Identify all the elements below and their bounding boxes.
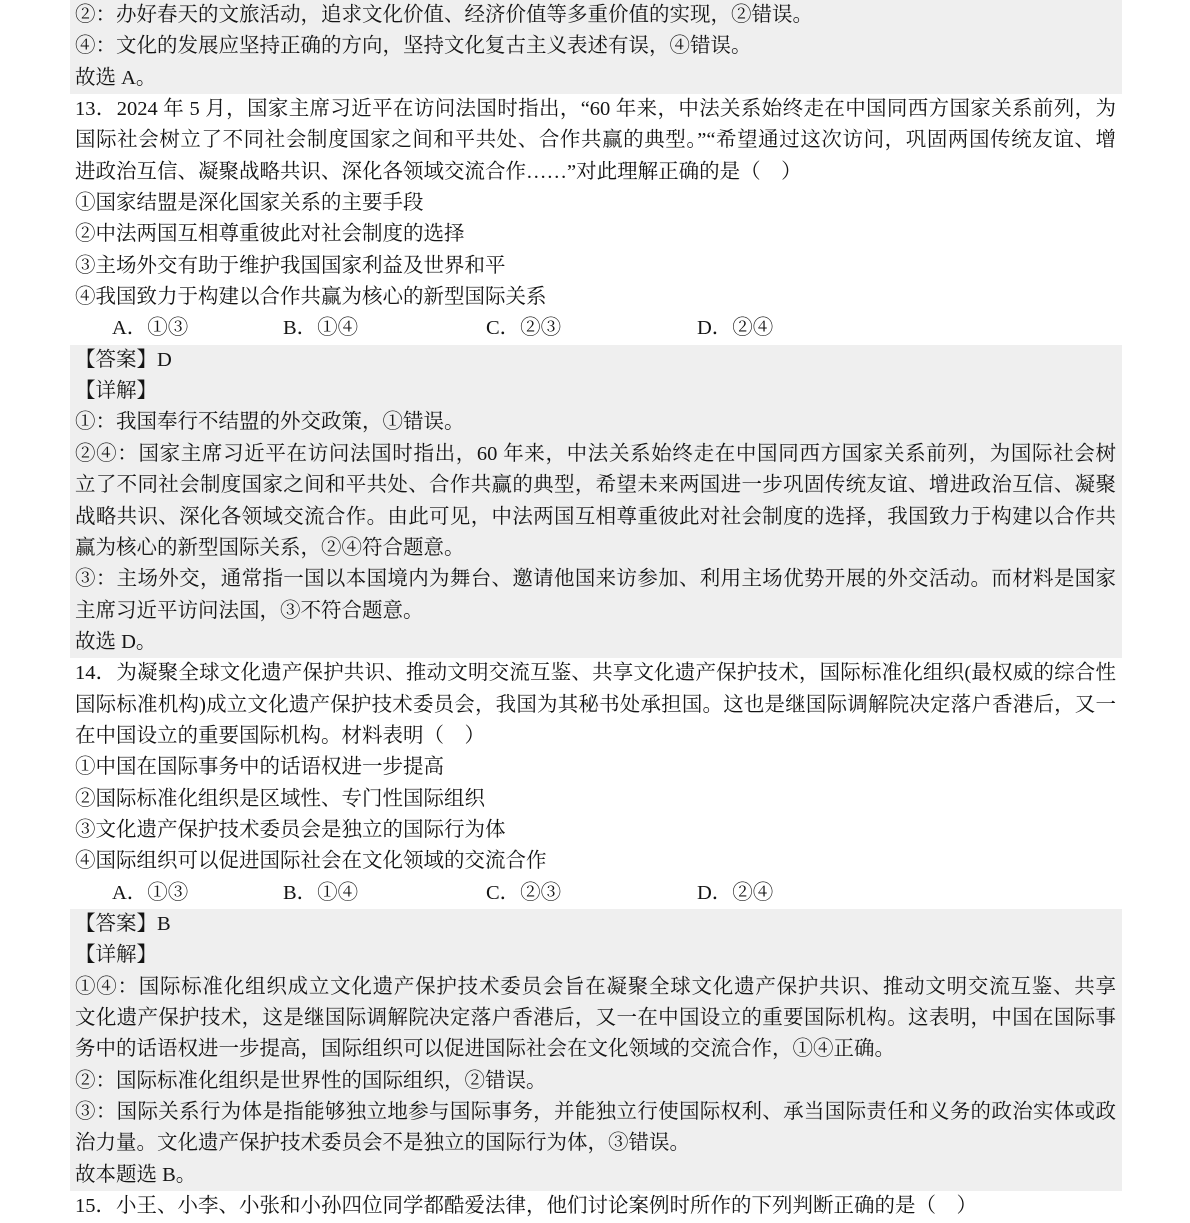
option-d: D．②④ [697, 878, 773, 909]
detail-label: 【详解】 [75, 376, 1116, 407]
statement-item-4: ④国际组织可以促进国际社会在文化领域的交流合作 [75, 846, 1116, 877]
answer-block-q14: 【答案】B 【详解】 ①④：国际标准化组织成立文化遗产保护技术委员会旨在凝聚全球… [70, 909, 1122, 1191]
explanation-line: ②④：国家主席习近平在访问法国时指出，60 年来，中法关系始终走在中国同西方国家… [75, 439, 1116, 470]
option-c: C．②③ [486, 878, 697, 909]
question-15: 15．小王、小李、小张和小孙四位同学都酷爱法律，他们讨论案例时所作的下列判断正确… [70, 1191, 1122, 1222]
option-b: B．①④ [283, 313, 486, 344]
statement-item-2: ②中法两国互相尊重彼此对社会制度的选择 [75, 219, 1116, 250]
explanation-line: ①：我国奉行不结盟的外交政策，①错误。 [75, 407, 1116, 438]
statement-item-2: ②国际标准化组织是区域性、专门性国际组织 [75, 784, 1116, 815]
answer-conclusion: 故本题选 B。 [75, 1160, 1116, 1191]
explanation-line: 战略共识、深化各领域交流合作。由此可见，中法两国互相尊重彼此对社会制度的选择，我… [75, 502, 1116, 533]
statement-item-1: ①中国在国际事务中的话语权进一步提高 [75, 752, 1116, 783]
question-text-line: 15．小王、小李、小张和小孙四位同学都酷爱法律，他们讨论案例时所作的下列判断正确… [75, 1191, 1116, 1222]
question-text-line: 13．2024 年 5 月，国家主席习近平在访问法国时指出，“60 年来，中法关… [75, 94, 1116, 125]
answer-block-q13: 【答案】D 【详解】 ①：我国奉行不结盟的外交政策，①错误。 ②④：国家主席习近… [70, 345, 1122, 658]
options-row-q14: A．①③ B．①④ C．②③ D．②④ [75, 878, 1116, 909]
question-14: 14．为凝聚全球文化遗产保护共识、推动文明交流互鉴、共享文化遗产保护技术，国际标… [70, 658, 1122, 909]
question-text-line: 14．为凝聚全球文化遗产保护共识、推动文明交流互鉴、共享文化遗产保护技术，国际标… [75, 658, 1116, 689]
question-13: 13．2024 年 5 月，国家主席习近平在访问法国时指出，“60 年来，中法关… [70, 94, 1122, 345]
exam-document: ②：办好春天的文旅活动，追求文化价值、经济价值等多重价值的实现，②错误。 ④：文… [0, 0, 1190, 1222]
explanation-line: 主席习近平访问法国，③不符合题意。 [75, 596, 1116, 627]
option-a: A．①③ [112, 878, 283, 909]
explanation-line: ④：文化的发展应坚持正确的方向，坚持文化复古主义表述有误，④错误。 [75, 31, 1116, 62]
answer-label: 【答案】B [75, 909, 1116, 940]
explanation-line: ②：办好春天的文旅活动，追求文化价值、经济价值等多重价值的实现，②错误。 [75, 0, 1116, 31]
option-d: D．②④ [697, 313, 773, 344]
option-a: A．①③ [112, 313, 283, 344]
options-row-q13: A．①③ B．①④ C．②③ D．②④ [75, 313, 1116, 344]
answer-block-q12: ②：办好春天的文旅活动，追求文化价值、经济价值等多重价值的实现，②错误。 ④：文… [70, 0, 1122, 94]
question-text-line: 在中国设立的重要国际机构。材料表明（ ） [75, 721, 1116, 752]
option-c: C．②③ [486, 313, 697, 344]
statement-item-4: ④我国致力于构建以合作共赢为核心的新型国际关系 [75, 282, 1116, 313]
answer-conclusion: 故选 A。 [75, 63, 1116, 94]
explanation-line: 立了不同社会制度国家之间和平共处、合作共赢的典型，希望未来两国进一步巩固传统友谊… [75, 470, 1116, 501]
explanation-line: ③：主场外交，通常指一国以本国境内为舞台、邀请他国来访参加、利用主场优势开展的外… [75, 564, 1116, 595]
statement-item-3: ③文化遗产保护技术委员会是独立的国际行为体 [75, 815, 1116, 846]
explanation-line: 治力量。文化遗产保护技术委员会不是独立的国际行为体，③错误。 [75, 1128, 1116, 1159]
explanation-line: ①④：国际标准化组织成立文化遗产保护技术委员会旨在凝聚全球文化遗产保护共识、推动… [75, 972, 1116, 1003]
answer-label: 【答案】D [75, 345, 1116, 376]
statement-item-3: ③主场外交有助于维护我国国家利益及世界和平 [75, 251, 1116, 282]
explanation-line: 赢为核心的新型国际关系，②④符合题意。 [75, 533, 1116, 564]
statement-item-1: ①国家结盟是深化国家关系的主要手段 [75, 188, 1116, 219]
question-text-line: 进政治互信、凝聚战略共识、深化各领域交流合作……”对此理解正确的是（ ） [75, 157, 1116, 188]
explanation-line: 文化遗产保护技术，这是继国际调解院决定落户香港后，又一在中国设立的重要国际机构。… [75, 1003, 1116, 1034]
explanation-line: 务中的话语权进一步提高，国际组织可以促进国际社会在文化领域的交流合作，①④正确。 [75, 1034, 1116, 1065]
option-b: B．①④ [283, 878, 486, 909]
explanation-line: ②：国际标准化组织是世界性的国际组织，②错误。 [75, 1066, 1116, 1097]
question-text-line: 国际标准机构)成立文化遗产保护技术委员会，我国为其秘书处承担国。这也是继国际调解… [75, 690, 1116, 721]
explanation-line: ③：国际关系行为体是指能够独立地参与国际事务，并能独立行使国际权利、承当国际责任… [75, 1097, 1116, 1128]
detail-label: 【详解】 [75, 940, 1116, 971]
answer-conclusion: 故选 D。 [75, 627, 1116, 658]
question-text-line: 国际社会树立了不同社会制度国家之间和平共处、合作共赢的典型。”“希望通过这次访问… [75, 125, 1116, 156]
